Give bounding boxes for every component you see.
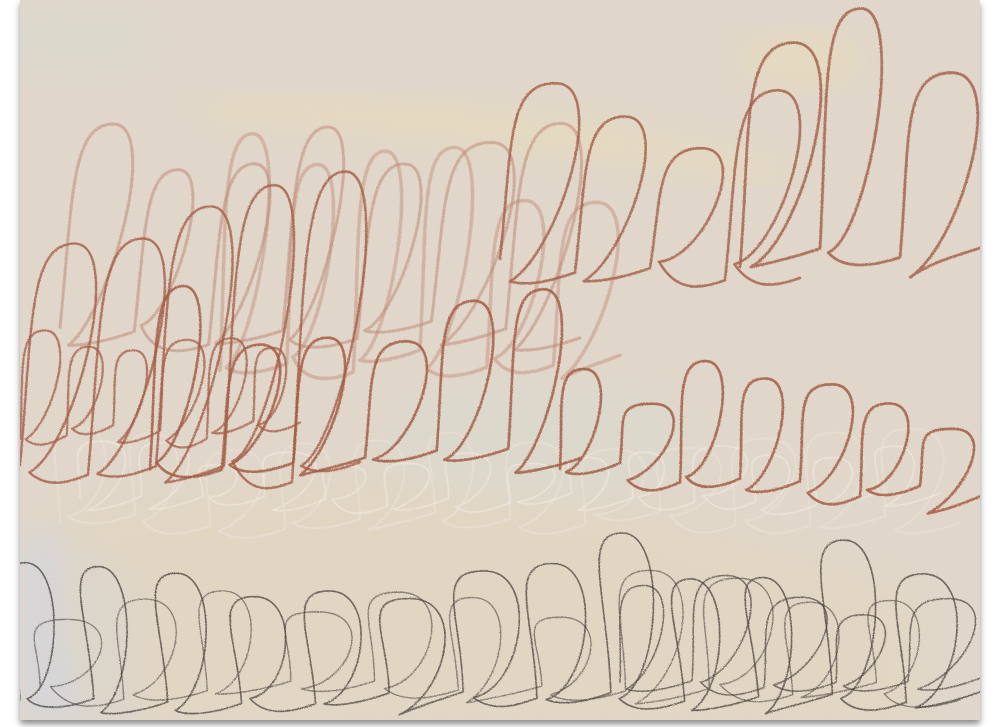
artwork-poster	[20, 0, 980, 720]
scribble-artwork	[20, 0, 980, 720]
